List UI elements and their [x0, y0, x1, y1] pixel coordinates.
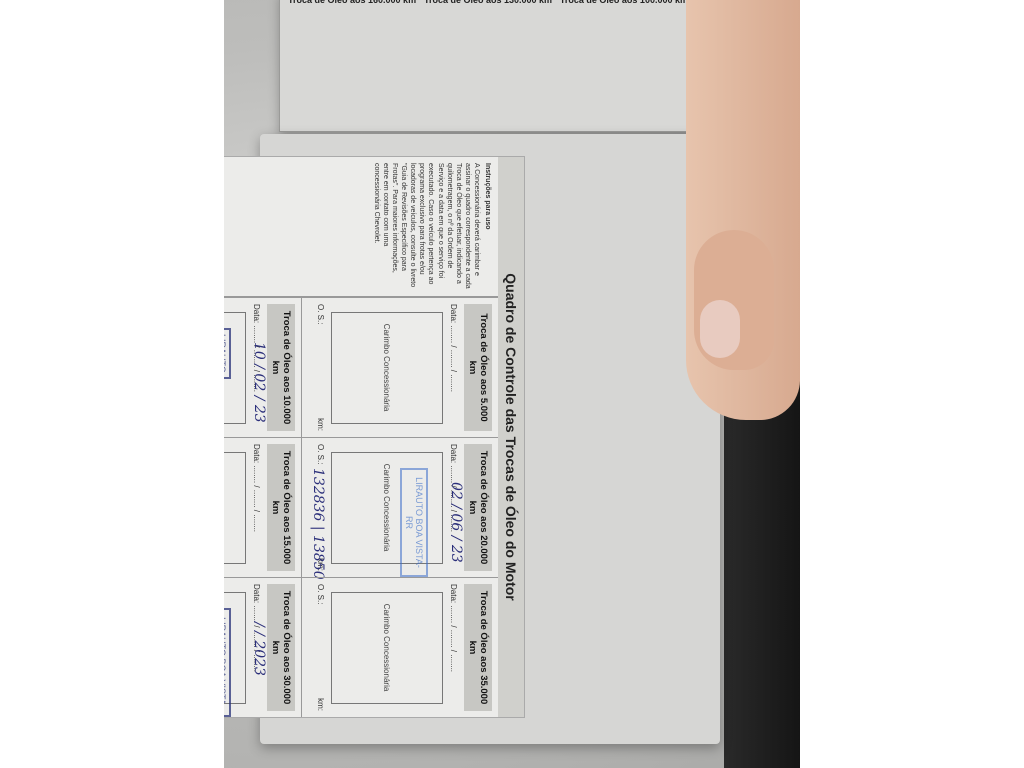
back-heading-100: Troca de Óleo aos 100.000 km	[560, 0, 688, 5]
cell-title: Troca de Óleo aos 10.000 km	[267, 304, 295, 431]
dealer-stamp-box: Carimbo Concessionária	[224, 452, 246, 564]
dealer-stamp: LIRAUTO BOA VISTA-RR	[224, 608, 231, 717]
instructions-text: A Concessionária deverá carimbar e assin…	[372, 163, 481, 290]
oil-change-cell: Troca de Óleo aos 10.000 km Data: ......…	[224, 297, 301, 437]
os-km-field: O. S.:km:	[316, 304, 325, 431]
date-field: Data: ........ / ........ / ........	[449, 304, 458, 431]
page-title: Quadro de Controle das Trocas de Óleo do…	[498, 157, 524, 717]
booklet: Quadro de Controle das Trocas de Óleo do…	[260, 134, 720, 744]
handwritten-os-km: 132836 | 13850	[310, 468, 326, 580]
os-km-field: O. S.:km:	[316, 584, 325, 711]
dealer-stamp: LIRAUTO BOA VISTA-RR	[400, 468, 428, 577]
handwritten-date: 02 / 06 / 23	[448, 482, 464, 563]
thumbnail	[700, 300, 740, 358]
oil-change-grid: Troca de Óleo aos 5.000 km Data: .......…	[224, 297, 498, 717]
date-field: Data: ........ / ........ / ........	[449, 584, 458, 711]
back-heading-160: Troca de Óleo aos 160.000 km	[288, 0, 416, 5]
date-field: Data: ........ / ........ / ........	[252, 444, 261, 571]
instructions-heading: Instruções para uso	[483, 163, 492, 290]
oil-change-cell: Troca de Óleo aos 5.000 km Data: .......…	[301, 297, 498, 437]
oil-change-cell: Troca de Óleo aos 35.000 km Data: ......…	[301, 577, 498, 717]
cell-title: Troca de Óleo aos 15.000 km	[267, 444, 295, 571]
dealer-stamp-box: Carimbo Concessionária	[331, 312, 443, 424]
cell-title: Troca de Óleo aos 20.000 km	[464, 444, 492, 571]
dealer-stamp: LIRAUTO	[224, 328, 231, 379]
oil-change-page: Quadro de Controle das Trocas de Óleo do…	[224, 156, 525, 718]
oil-change-cell: Troca de Óleo aos 15.000 km Data: ......…	[224, 437, 301, 577]
back-page: Troca de Óleo aos 160.000 km Troca de Ól…	[279, 0, 701, 132]
cell-title: Troca de Óleo aos 35.000 km	[464, 584, 492, 711]
handwritten-date: 10 / 02 / 23	[251, 342, 267, 423]
instructions: Instruções para uso A Concessionária dev…	[224, 157, 498, 297]
oil-change-cell: Troca de Óleo aos 20.000 km Data: ......…	[301, 437, 498, 577]
oil-change-cell: Troca de Óleo aos 30.000 km Data: ......…	[224, 577, 301, 717]
cell-title: Troca de Óleo aos 5.000 km	[464, 304, 492, 431]
photo: Troca de Óleo aos 160.000 km Troca de Ól…	[224, 0, 800, 768]
back-heading-130: Troca de Óleo aos 130.000 km	[424, 0, 552, 5]
dealer-stamp-box: Carimbo Concessionária	[331, 592, 443, 704]
handwritten-date: / / 2023	[251, 622, 267, 676]
dark-seat-background	[724, 360, 800, 768]
cell-title: Troca de Óleo aos 30.000 km	[267, 584, 295, 711]
